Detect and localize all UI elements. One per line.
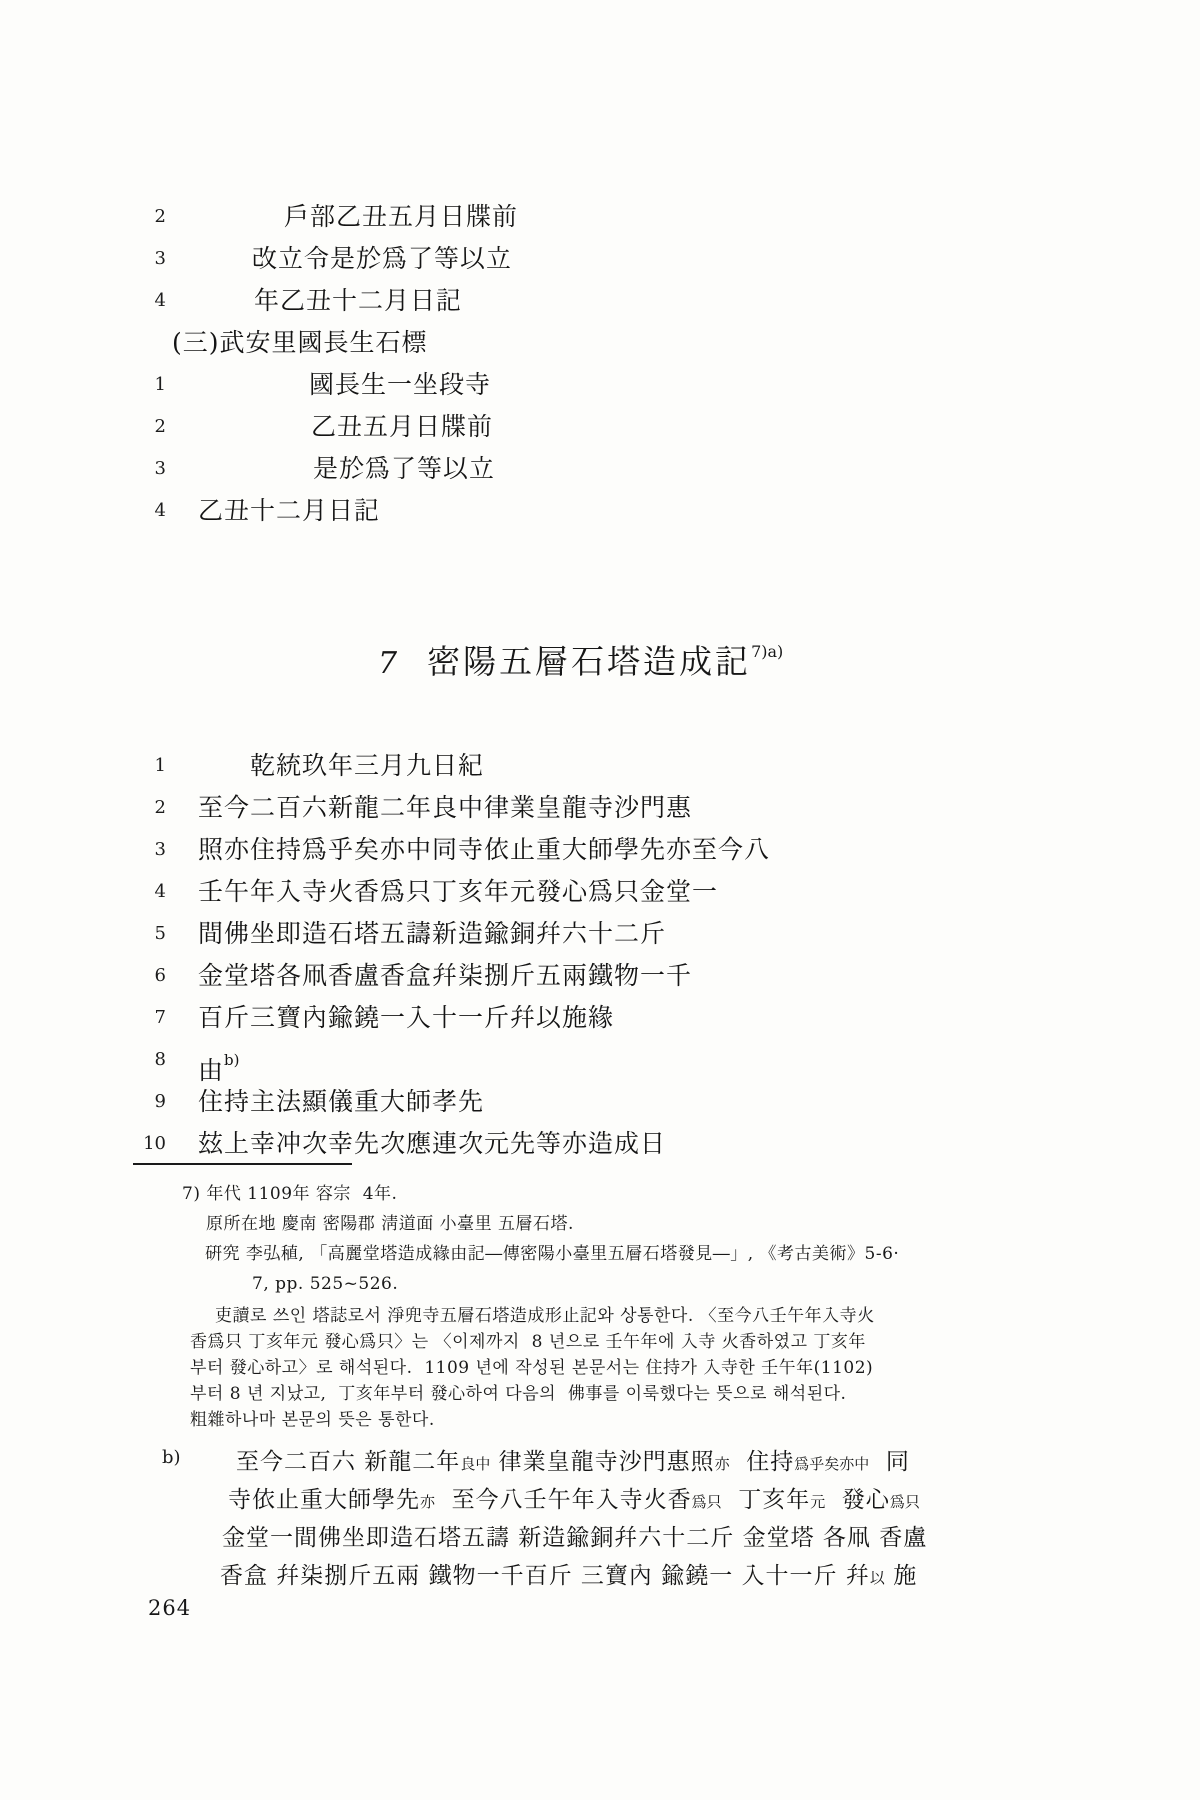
line-text: (三)武安里國長生石標 <box>172 322 428 364</box>
line-number: 3 <box>130 238 166 280</box>
line-number: 2 <box>130 787 166 829</box>
idu-particle-small: 亦 <box>420 1493 435 1511</box>
line-number: 10 <box>130 1123 166 1165</box>
transcription-line: 3是於爲了等以立 <box>0 448 1200 490</box>
idu-text: 律業皇龍寺沙門惠照 <box>490 1449 714 1475</box>
transcription-line: 2至今二百六新龍二年良中律業皇龍寺沙門惠 <box>0 787 1200 829</box>
previous-inscription-lines: 2戶部乙丑五月日牒前3改立令是於爲了等以立4年乙丑十二月日記(三)武安里國長生石… <box>0 196 1200 532</box>
idu-text: 至今八壬午年入寺火香 <box>435 1487 692 1513</box>
line-text: 乙丑五月日牒前 <box>311 406 493 448</box>
line-number: 1 <box>130 364 166 406</box>
footnote-line: 吏讀로 쓰인 塔誌로서 淨兜寺五層石塔造成形止記와 상통한다. 〈至今八壬午年入… <box>215 1305 875 1327</box>
transcription-line: 8由b) <box>0 1039 1200 1081</box>
idu-particle-small: 元 <box>810 1493 825 1511</box>
footnote-line: 7) 年代 1109年 容宗 4年. <box>182 1183 397 1205</box>
idu-particle-small: 爲乎矣亦中 <box>794 1455 869 1473</box>
idu-text: 發心 <box>825 1487 890 1513</box>
footnote-b-line: 金堂一間佛坐即造石塔五譸 新造鍮銅幷六十二斤 金堂塔 各凧 香盧 <box>222 1519 927 1552</box>
line-number: 3 <box>130 829 166 871</box>
idu-text: 寺依止重大師學先 <box>228 1487 420 1513</box>
footnote-line: 부터 8 년 지났고, 丁亥年부터 發心하여 다음의 佛事를 이룩했다는 뜻으로… <box>190 1383 846 1405</box>
line-number: 1 <box>130 745 166 787</box>
line-text: 住持主法顯儀重大師孝先 <box>198 1081 484 1123</box>
idu-particle-small: 良中 <box>460 1455 490 1473</box>
line-number: 3 <box>130 448 166 490</box>
transcription-line: 9住持主法顯儀重大師孝先 <box>0 1081 1200 1123</box>
line-text: 間佛坐即造石塔五譸新造鍮銅幷六十二斤 <box>198 913 666 955</box>
line-text: 百斤三寶內鍮鐃一入十一斤幷以施緣 <box>198 997 614 1039</box>
idu-text: 施 <box>885 1563 917 1589</box>
idu-text: 丁亥年 <box>722 1487 811 1513</box>
section-title-footnote-marks: 7)a) <box>751 642 783 661</box>
section-heading: 7密陽五層石塔造成記7)a) <box>378 636 783 683</box>
idu-particle-small: 亦 <box>715 1455 730 1473</box>
idu-particle-small: 以 <box>870 1569 885 1587</box>
line-text: 戶部乙丑五月日牒前 <box>284 196 518 238</box>
line-text: 至今二百六新龍二年良中律業皇龍寺沙門惠 <box>198 787 692 829</box>
transcription-line: 3改立令是於爲了等以立 <box>0 238 1200 280</box>
line-number: 4 <box>130 280 166 322</box>
line-number: 4 <box>130 871 166 913</box>
line-text: 金堂塔各凧香盧香盒幷柒捌斤五兩鐵物一千 <box>198 955 692 997</box>
idu-particle-small: 爲只 <box>692 1493 722 1511</box>
idu-text: 至今二百六 新龍二年 <box>236 1449 460 1475</box>
footnote-line: 7, pp. 525~526. <box>252 1273 398 1295</box>
transcription-line: 10玆上幸冲次幸先次應連次元先等亦造成日 <box>0 1123 1200 1165</box>
line-text: 改立令是於爲了等以立 <box>252 238 512 280</box>
transcription-line: 7百斤三寶內鍮鐃一入十一斤幷以施緣 <box>0 997 1200 1039</box>
line-text: 乙丑十二月日記 <box>198 490 380 532</box>
footnote-separator-rule <box>133 1163 352 1165</box>
footnote-line: 香爲只 丁亥年元 發心爲只〉는 〈이제까지 8 년으로 壬午年에 入寺 火香하였… <box>190 1331 866 1353</box>
line-number: 7 <box>130 997 166 1039</box>
line-number: 8 <box>130 1039 166 1081</box>
line-text: 壬午年入寺火香爲只丁亥年元發心爲只金堂一 <box>198 871 718 913</box>
transcription-line: 3照亦住持爲乎矣亦中同寺依止重大師學先亦至今八 <box>0 829 1200 871</box>
line-number: 4 <box>130 490 166 532</box>
footnote-b-line: 寺依止重大師學先亦 至今八壬午年入寺火香爲只 丁亥年元 發心爲只 <box>228 1481 920 1514</box>
inscription-transcription-lines: 1乾統玖年三月九日紀2至今二百六新龍二年良中律業皇龍寺沙門惠3照亦住持爲乎矣亦中… <box>0 745 1200 1165</box>
idu-text: 同 <box>869 1449 910 1475</box>
idu-text: 金堂一間佛坐即造石塔五譸 新造鍮銅幷六十二斤 金堂塔 各凧 香盧 <box>222 1525 927 1551</box>
transcription-line: 4乙丑十二月日記 <box>0 490 1200 532</box>
line-text: 是於爲了等以立 <box>313 448 495 490</box>
line-text: 玆上幸冲次幸先次應連次元先等亦造成日 <box>198 1123 666 1165</box>
line-text: 照亦住持爲乎矣亦中同寺依止重大師學先亦至今八 <box>198 829 770 871</box>
line-number: 2 <box>130 406 166 448</box>
transcription-line: 1國長生一坐段寺 <box>0 364 1200 406</box>
transcription-line: 2戶部乙丑五月日牒前 <box>0 196 1200 238</box>
line-text: 乾統玖年三月九日紀 <box>250 745 484 787</box>
footnote-line: 硏究 李弘稙, 「高麗堂塔造成緣由記―傳密陽小臺里五層石塔發見―」, 《考古美術… <box>205 1243 899 1265</box>
transcription-line: 2乙丑五月日牒前 <box>0 406 1200 448</box>
footnote-b-line: 香盒 幷柒捌斤五兩 鐵物一千百斤 三寶內 鍮鐃一 入十一斤 幷以 施 <box>220 1557 917 1590</box>
footnote-b-marker: b) <box>162 1447 181 1468</box>
page-number: 264 <box>148 1596 191 1620</box>
footnote-line: 粗雜하나마 본문의 뜻은 통한다. <box>190 1409 435 1431</box>
line-text: 國長生一坐段寺 <box>309 364 491 406</box>
book-page: 2戶部乙丑五月日牒前3改立令是於爲了等以立4年乙丑十二月日記(三)武安里國長生石… <box>0 0 1200 1800</box>
footnote-line: 原所在地 慶南 密陽郡 淸道面 小臺里 五層石塔. <box>206 1213 574 1235</box>
line-number: 2 <box>130 196 166 238</box>
line-number: 9 <box>130 1081 166 1123</box>
transcription-line: 4壬午年入寺火香爲只丁亥年元發心爲只金堂一 <box>0 871 1200 913</box>
transcription-line: (三)武安里國長生石標 <box>0 322 1200 364</box>
line-number: 5 <box>130 913 166 955</box>
line-text: 年乙丑十二月日記 <box>254 280 462 322</box>
footnote-b-line: 至今二百六 新龍二年良中 律業皇龍寺沙門惠照亦 住持爲乎矣亦中 同 <box>236 1443 910 1476</box>
footnote-line: 부터 發心하고〉로 해석된다. 1109 년에 작성된 본문서는 住持가 入寺한… <box>190 1357 873 1379</box>
transcription-line: 4年乙丑十二月日記 <box>0 280 1200 322</box>
line-number: 6 <box>130 955 166 997</box>
idu-text: 住持 <box>730 1449 795 1475</box>
transcription-line: 5間佛坐即造石塔五譸新造鍮銅幷六十二斤 <box>0 913 1200 955</box>
section-number: 7 <box>378 646 397 681</box>
idu-particle-small: 爲只 <box>890 1493 920 1511</box>
transcription-line: 6金堂塔各凧香盧香盒幷柒捌斤五兩鐵物一千 <box>0 955 1200 997</box>
section-title: 密陽五層石塔造成記 <box>427 642 751 681</box>
idu-text: 香盒 幷柒捌斤五兩 鐵物一千百斤 三寶內 鍮鐃一 入十一斤 幷 <box>220 1563 870 1589</box>
transcription-line: 1乾統玖年三月九日紀 <box>0 745 1200 787</box>
footnote-reference-mark: b) <box>224 1051 239 1069</box>
